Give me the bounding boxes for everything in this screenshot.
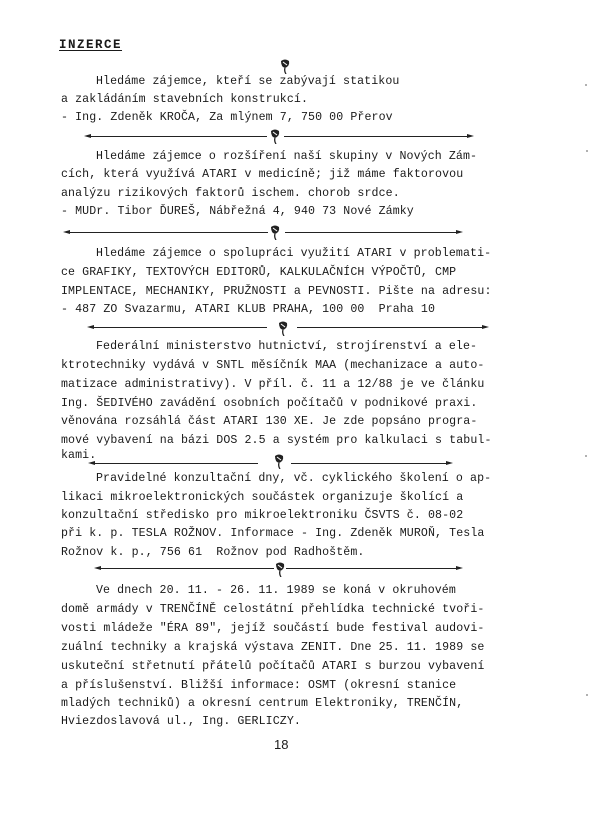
ad-line: Federální ministerstvo hutnictví, strojí… [96, 340, 477, 354]
ad-line: ce GRAFIKY, TEXTOVÝCH EDITORŮ, KALKULAČN… [61, 266, 456, 280]
document-page: INZERCE Hledáme zájemce, kteří se zabýva… [0, 0, 600, 817]
ad-line: uskuteční střetnutí přátelů počítačů ATA… [61, 660, 484, 674]
ad-line: při k. p. TESLA ROŽNOV. Informace - Ing.… [61, 527, 484, 541]
ad-line: a příslušenství. Bližší informace: OSMT … [61, 679, 456, 693]
ad-line: likaci mikroelektronických součástek org… [61, 491, 463, 505]
ad-line: domě armády v TRENČÍNĚ celostátní přehlí… [61, 603, 484, 617]
section-title: INZERCE [59, 38, 122, 52]
ad-line: mové vybavení na bázi DOS 2.5 a systém p… [61, 434, 492, 448]
ad-line: Hledáme zájemce o spolupráci využití ATA… [96, 247, 491, 261]
ad-line: Pravidelné konzultační dny, vč. cyklické… [96, 472, 491, 486]
leaf-ornament-icon [279, 58, 291, 74]
ad-line: - Ing. Zdeněk KROČA, Za mlýnem 7, 750 00… [61, 111, 393, 125]
ad-line: matizace administrativy). V příl. č. 11 … [61, 378, 484, 392]
ad-line: Ve dnech 20. 11. - 26. 11. 1989 se koná … [96, 584, 456, 598]
leaf-ornament-icon [269, 128, 281, 144]
ad-line: - MUDr. Tibor ĎUREŠ, Nábřežná 4, 940 73 … [61, 205, 414, 219]
ad-line: Hledáme zájemce o rozšíření naší skupiny… [96, 150, 477, 164]
ad-line: Hledáme zájemce, kteří se zabývají stati… [96, 75, 399, 89]
ad-line: cích, která využívá ATARI v medicíně; ji… [61, 168, 463, 182]
ad-line: konzultační středisko pro mikroelektroni… [61, 509, 463, 523]
ad-line: vosti mládeže "ÉRA 89", jejíž součástí b… [61, 622, 484, 636]
ad-line: ktrotechniky vydává v SNTL měsíčník MAA … [61, 359, 484, 373]
ad-line: zuální techniky a krajská výstava ZENIT.… [61, 641, 484, 655]
ad-line: mladých techniků) a okresní centrum Elek… [61, 697, 463, 711]
scan-speck [585, 455, 587, 457]
leaf-ornament-icon [274, 561, 286, 577]
ad-line: - 487 ZO Svazarmu, ATARI KLUB PRAHA, 100… [61, 303, 435, 317]
scan-speck [586, 694, 588, 696]
leaf-ornament-icon [273, 453, 285, 469]
ad-line: a zakládáním stavebních konstrukcí. [61, 93, 308, 107]
divider [84, 131, 474, 143]
ad-line: Ing. ŠEDIVÉHO zavádění osobních počítačů… [61, 397, 477, 411]
ad-line: Hviezdoslavová ul., Ing. GERLICZY. [61, 715, 301, 729]
scan-speck [586, 150, 588, 152]
ad-line: věnována rozsáhlá část ATARI 130 XE. Je … [61, 415, 477, 429]
ad-line: Rožnov k. p., 756 61 Rožnov pod Radhoště… [61, 546, 364, 560]
ad-line: analýzu rizikových faktorů ischem. choro… [61, 187, 400, 201]
leaf-ornament-icon [277, 320, 289, 336]
divider [63, 227, 463, 239]
ad-line: IMPLENTACE, MECHANIKY, PRUŽNOSTI a PEVNO… [61, 285, 492, 299]
scan-speck [585, 84, 587, 86]
page-number: 18 [274, 737, 288, 752]
divider [94, 563, 464, 575]
divider [87, 322, 489, 334]
divider [88, 458, 453, 470]
leaf-ornament-icon [269, 224, 281, 240]
